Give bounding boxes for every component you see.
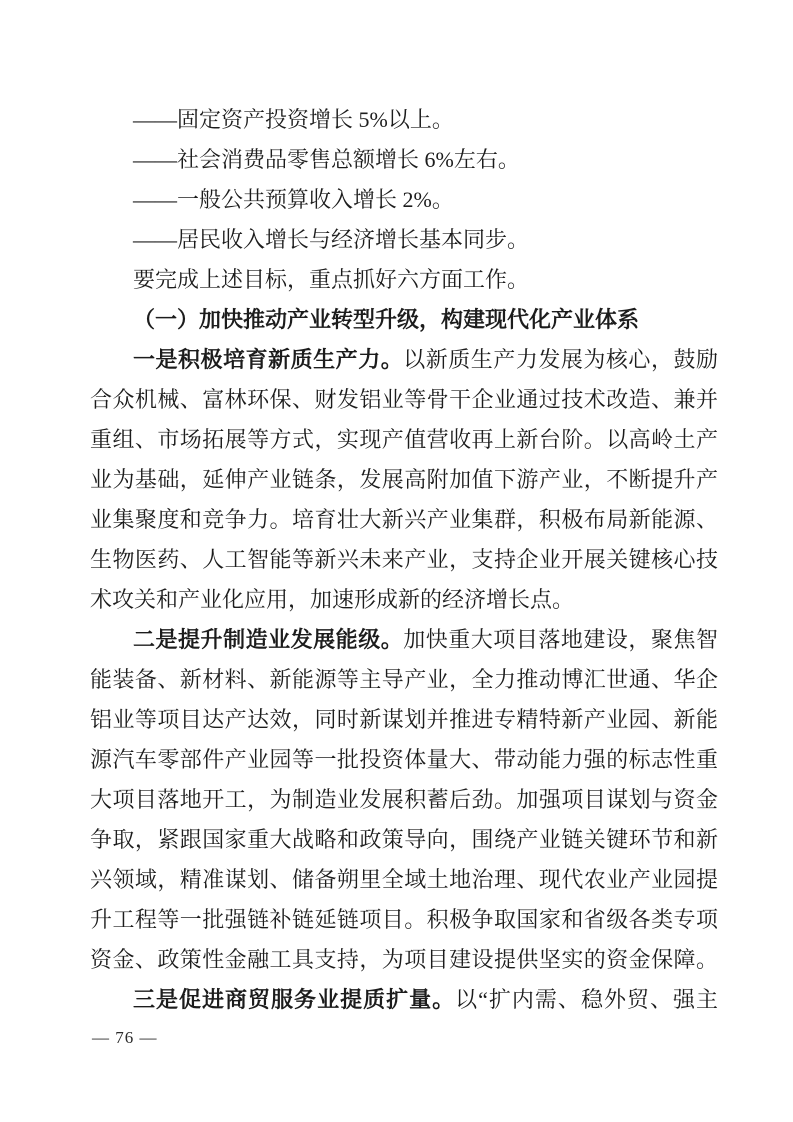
paragraph-line: 源汽车零部件产业园等一批投资体量大、带动能力强的标志性重 — [90, 740, 718, 780]
document-body: ——固定资产投资增长 5%以上。——社会消费品零售总额增长 6%左右。——一般公… — [90, 100, 718, 1020]
paragraph-line: 业集聚度和竞争力。培育壮大新兴产业集群，积极布局新能源、 — [90, 500, 718, 540]
emphasis-text: （一）加快推动产业转型升级，构建现代化产业体系 — [133, 307, 639, 332]
body-text: 术攻关和产业化应用，加速形成新的经济增长点。 — [90, 587, 574, 612]
paragraph-line: 争取，紧跟国家重大战略和政策导向，围绕产业链关键环节和新 — [90, 820, 718, 860]
body-text: 生物医药、人工智能等新兴未来产业，支持企业开展关键核心技 — [90, 547, 718, 572]
body-text: 兴领域，精准谋划、储备朔里全域土地治理、现代农业产业园提 — [90, 867, 718, 892]
paragraph-line: 升工程等一批强链补链延链项目。积极争取国家和省级各类专项 — [90, 900, 718, 940]
body-text: 资金、政策性金融工具支持，为项目建设提供坚实的资金保障。 — [90, 947, 718, 972]
emphasis-text: 三是促进商贸服务业提质扩量。 — [133, 987, 455, 1012]
body-text: 以“扩内需、稳外贸、强主 — [455, 987, 718, 1012]
paragraph-line: 大项目落地开工，为制造业发展积蓄后劲。加强项目谋划与资金 — [90, 780, 718, 820]
goal-item: ——一般公共预算收入增长 2%。 — [90, 180, 718, 220]
paragraph-first-line: 三是促进商贸服务业提质扩量。以“扩内需、稳外贸、强主 — [90, 980, 718, 1020]
lead-sentence: 要完成上述目标，重点抓好六方面工作。 — [90, 260, 718, 300]
body-text: 业为基础，延伸产业链条，发展高附加值下游产业，不断提升产 — [90, 467, 718, 492]
paragraph-line: 生物医药、人工智能等新兴未来产业，支持企业开展关键核心技 — [90, 540, 718, 580]
page-number: — 76 — — [92, 1028, 158, 1047]
body-text: 能装备、新材料、新能源等主导产业，全力推动博汇世通、华企 — [90, 667, 718, 692]
body-text: 铝业等项目达产达效，同时新谋划并推进专精特新产业园、新能 — [90, 707, 718, 732]
body-text: 重组、市场拓展等方式，实现产值营收再上新台阶。以高岭土产 — [90, 427, 718, 452]
body-text: 合众机械、富林环保、财发铝业等骨干企业通过技术改造、兼并 — [90, 387, 718, 412]
body-text: 要完成上述目标，重点抓好六方面工作。 — [133, 267, 529, 292]
paragraph-line: 兴领域，精准谋划、储备朔里全域土地治理、现代农业产业园提 — [90, 860, 718, 900]
body-text: 以新质生产力发展为核心，鼓励 — [403, 347, 718, 372]
body-text: ——居民收入增长与经济增长基本同步。 — [133, 227, 529, 252]
emphasis-text: 一是积极培育新质生产力。 — [133, 347, 403, 372]
body-text: 升工程等一批强链补链延链项目。积极争取国家和省级各类专项 — [90, 907, 718, 932]
goal-item: ——固定资产投资增长 5%以上。 — [90, 100, 718, 140]
paragraph-line: 重组、市场拓展等方式，实现产值营收再上新台阶。以高岭土产 — [90, 420, 718, 460]
document-page: ——固定资产投资增长 5%以上。——社会消费品零售总额增长 6%左右。——一般公… — [0, 0, 793, 1122]
paragraph-last-line: 资金、政策性金融工具支持，为项目建设提供坚实的资金保障。 — [90, 940, 718, 980]
paragraph-line: 能装备、新材料、新能源等主导产业，全力推动博汇世通、华企 — [90, 660, 718, 700]
body-text: 争取，紧跟国家重大战略和政策导向，围绕产业链关键环节和新 — [90, 827, 718, 852]
body-text: 源汽车零部件产业园等一批投资体量大、带动能力强的标志性重 — [90, 747, 718, 772]
section-heading: （一）加快推动产业转型升级，构建现代化产业体系 — [90, 300, 718, 340]
goal-item: ——居民收入增长与经济增长基本同步。 — [90, 220, 718, 260]
body-text: 大项目落地开工，为制造业发展积蓄后劲。加强项目谋划与资金 — [90, 787, 718, 812]
body-text: ——社会消费品零售总额增长 6%左右。 — [133, 147, 520, 172]
paragraph-last-line: 术攻关和产业化应用，加速形成新的经济增长点。 — [90, 580, 718, 620]
paragraph-line: 铝业等项目达产达效，同时新谋划并推进专精特新产业园、新能 — [90, 700, 718, 740]
body-text: ——一般公共预算收入增长 2%。 — [133, 187, 454, 212]
body-text: 加快重大项目落地建设，聚焦智 — [403, 627, 718, 652]
paragraph-line: 合众机械、富林环保、财发铝业等骨干企业通过技术改造、兼并 — [90, 380, 718, 420]
body-text: ——固定资产投资增长 5%以上。 — [133, 107, 454, 132]
paragraph-first-line: 一是积极培育新质生产力。以新质生产力发展为核心，鼓励 — [90, 340, 718, 380]
paragraph-first-line: 二是提升制造业发展能级。加快重大项目落地建设，聚焦智 — [90, 620, 718, 660]
emphasis-text: 二是提升制造业发展能级。 — [133, 627, 403, 652]
body-text: 业集聚度和竞争力。培育壮大新兴产业集群，积极布局新能源、 — [90, 507, 718, 532]
page-footer: — 76 — — [92, 1024, 158, 1052]
paragraph-line: 业为基础，延伸产业链条，发展高附加值下游产业，不断提升产 — [90, 460, 718, 500]
goal-item: ——社会消费品零售总额增长 6%左右。 — [90, 140, 718, 180]
